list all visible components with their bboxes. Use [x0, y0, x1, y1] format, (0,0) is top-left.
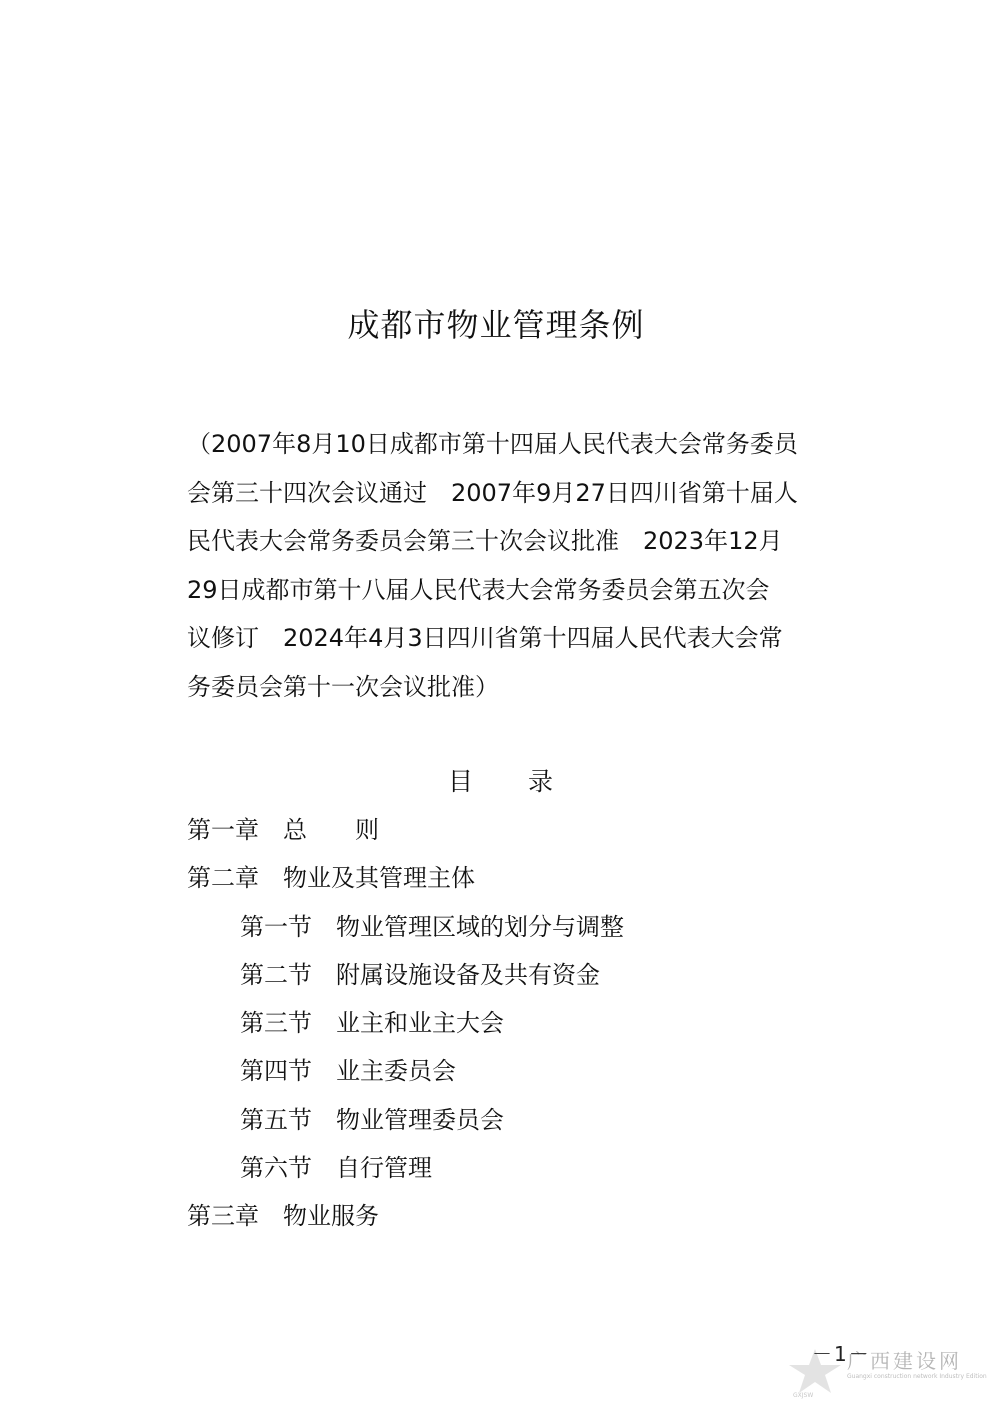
toc-section: 第五节 物业管理委员会	[187, 1096, 624, 1144]
toc-section: 第一节 物业管理区域的划分与调整	[187, 903, 624, 951]
table-of-contents: 第一章 总 则 第二章 物业及其管理主体 第一节 物业管理区域的划分与调整 第二…	[187, 806, 624, 1241]
toc-chapter: 第三章 物业服务	[187, 1192, 624, 1240]
preamble-line: 29日成都市第十八届人民代表大会常务委员会第五次会	[187, 566, 847, 615]
preamble-line: 民代表大会常务委员会第三十次会议批准 2023年12月	[187, 517, 847, 566]
preamble-line: 务委员会第十一次会议批准）	[187, 663, 847, 712]
toc-heading-right: 录	[528, 762, 553, 798]
preamble-line: 议修订 2024年4月3日四川省第十四届人民代表大会常	[187, 614, 847, 663]
toc-heading-left: 目	[448, 762, 473, 798]
toc-heading: 目录	[448, 762, 553, 798]
toc-section: 第四节 业主委员会	[187, 1047, 624, 1095]
preamble: （2007年8月10日成都市第十四届人民代表大会常务委员 会第三十四次会议通过 …	[187, 420, 847, 711]
toc-chapter: 第一章 总 则	[187, 806, 624, 854]
document-title: 成都市物业管理条例	[0, 300, 992, 346]
toc-section: 第三节 业主和业主大会	[187, 999, 624, 1047]
toc-section: 第六节 自行管理	[187, 1144, 624, 1192]
page-number: －1－	[812, 1338, 871, 1367]
watermark-subtitle: Guangxi construction network Industry Ed…	[847, 1373, 987, 1380]
preamble-line: （2007年8月10日成都市第十四届人民代表大会常务委员	[187, 420, 847, 469]
toc-section: 第二节 附属设施设备及共有资金	[187, 951, 624, 999]
toc-chapter: 第二章 物业及其管理主体	[187, 854, 624, 902]
svg-text:GXJSW: GXJSW	[793, 1392, 813, 1399]
preamble-line: 会第三十四次会议通过 2007年9月27日四川省第十届人	[187, 469, 847, 518]
